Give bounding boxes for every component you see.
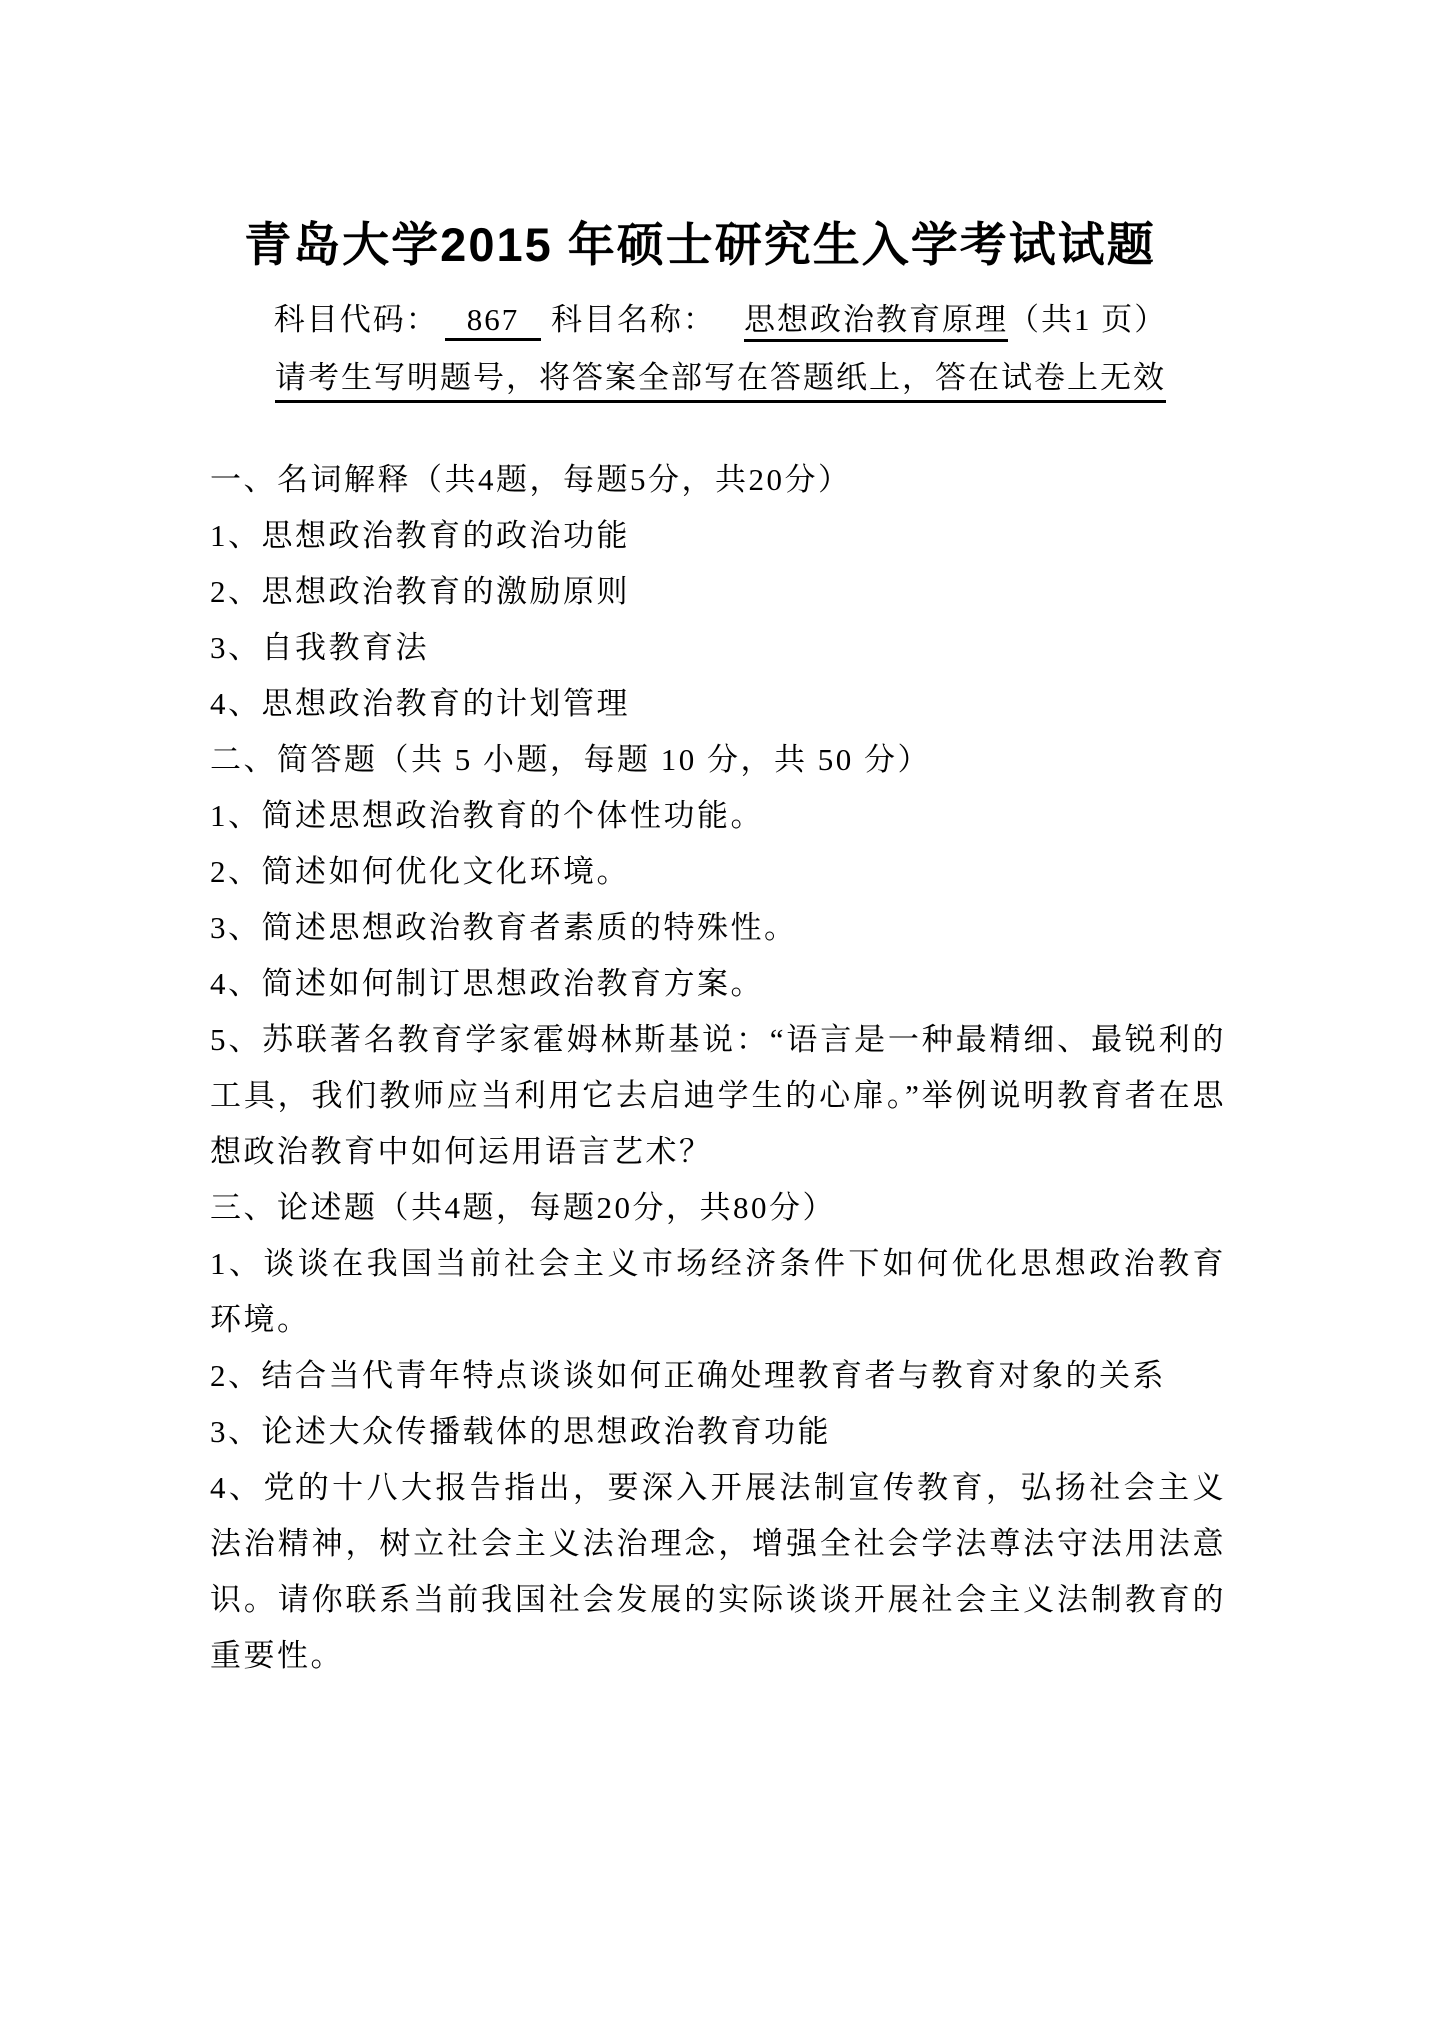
section-2-heading: 二、简答题（共 5 小题，每题 10 分，共 50 分） <box>210 732 1226 788</box>
section-3-question-1: 1、谈谈在我国当前社会主义市场经济条件下如何优化思想政治教育环境。 <box>210 1236 1226 1348</box>
question-body: 一、名词解释（共4题，每题5分，共20分） 1、思想政治教育的政治功能 2、思想… <box>210 452 1226 1684</box>
section-1-question-1: 1、思想政治教育的政治功能 <box>210 508 1226 564</box>
exam-paper-page: 青岛大学2015 年硕士研究生入学考试试题 科目代码：867 科目名称：思想政治… <box>0 0 1441 2040</box>
section-3-question-4: 4、党的十八大报告指出，要深入开展法制宣传教育，弘扬社会主义法治精神，树立社会主… <box>210 1460 1226 1684</box>
section-2-question-1: 1、简述思想政治教育的个体性功能。 <box>210 788 1226 844</box>
instruction-text: 请考生写明题号，将答案全部写在答题纸上，答在试卷上无效 <box>275 352 1166 403</box>
section-1-question-4: 4、思想政治教育的计划管理 <box>210 676 1226 732</box>
section-3-question-2: 2、结合当代青年特点谈谈如何正确处理教育者与教育对象的关系 <box>210 1348 1226 1404</box>
section-2-question-2: 2、简述如何优化文化环境。 <box>210 844 1226 900</box>
subject-code-value: 867 <box>445 302 542 341</box>
section-1-question-2: 2、思想政治教育的激励原则 <box>210 564 1226 620</box>
section-3-heading: 三、论述题（共4题，每题20分，共80分） <box>210 1180 1226 1236</box>
subject-line: 科目代码：867 科目名称：思想政治教育原理（共1 页） <box>0 294 1441 342</box>
section-2-question-3: 3、简述思想政治教育者素质的特殊性。 <box>210 900 1226 956</box>
subject-name-label: 科目名称： <box>551 302 716 337</box>
subject-name-value: 思想政治教育原理 <box>744 294 1008 342</box>
pages-note: （共1 页） <box>1008 302 1167 337</box>
section-2-question-5: 5、苏联著名教育学家霍姆林斯基说：“语言是一种最精细、最锐利的工具，我们教师应当… <box>210 1012 1226 1180</box>
section-1-heading: 一、名词解释（共4题，每题5分，共20分） <box>210 452 1226 508</box>
section-2-question-4: 4、简述如何制订思想政治教育方案。 <box>210 956 1226 1012</box>
section-1-question-3: 3、自我教育法 <box>210 620 1226 676</box>
page-title: 青岛大学2015 年硕士研究生入学考试试题 <box>0 208 1400 275</box>
instruction-line: 请考生写明题号，将答案全部写在答题纸上，答在试卷上无效 <box>0 352 1441 403</box>
section-3-question-3: 3、论述大众传播载体的思想政治教育功能 <box>210 1404 1226 1460</box>
subject-code-label: 科目代码： <box>274 302 439 337</box>
